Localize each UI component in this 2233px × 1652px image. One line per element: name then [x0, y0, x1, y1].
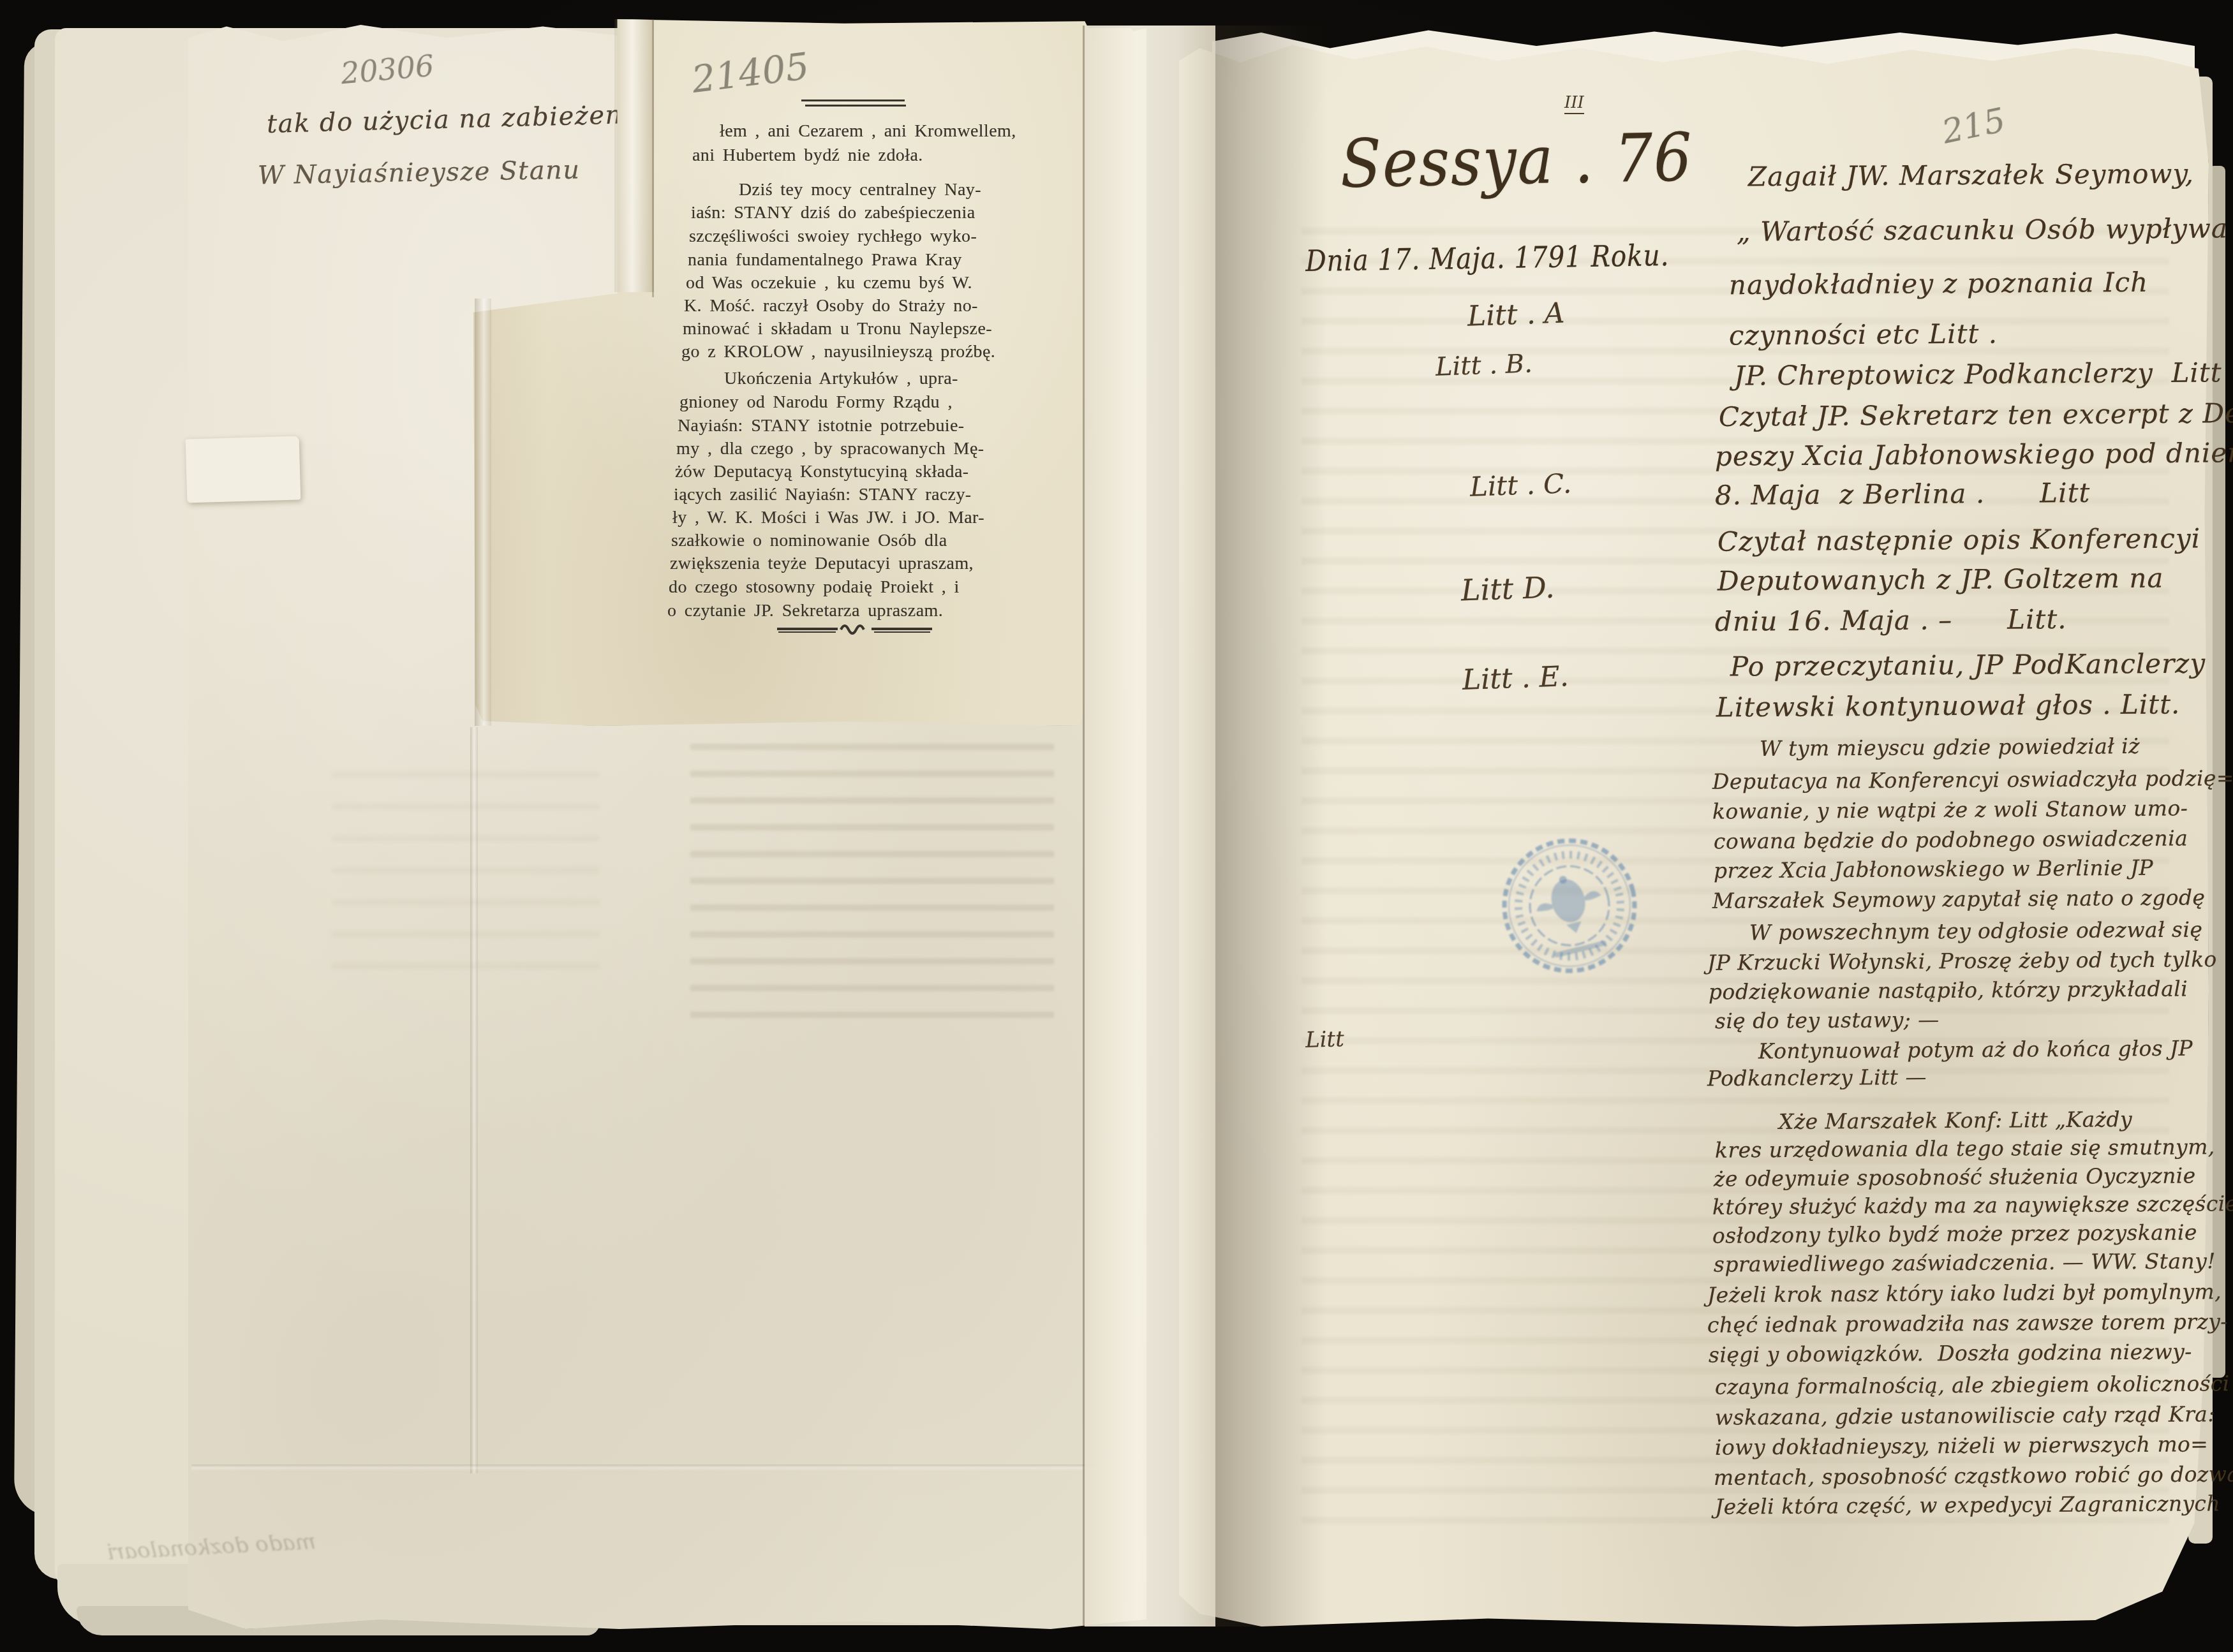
manuscript-line: Jeżeli krok nasz który iako ludzi był po…: [1707, 1279, 2222, 1308]
clipping-print-line: o czytanie JP. Sekretarza upraszam.: [667, 601, 943, 621]
manuscript-line: cowana będzie do podobnego oswiadczenia: [1714, 825, 2188, 853]
manuscript-line: kres urzędowania dla tego staie się smut…: [1715, 1134, 2215, 1162]
manuscript-line: się do tey ustawy; —: [1715, 1007, 1940, 1033]
clipping-print-line: iaśn: STANY dziś do zabeśpieczenia: [691, 203, 976, 223]
pencil-number: 20306: [339, 48, 435, 91]
clipping-print-line: Dziś tey mocy centralney Nay-: [739, 180, 981, 200]
left-handwritten-note: tak do użycia na zabieżenie,: [267, 100, 657, 139]
gutter-crease: [1083, 26, 1085, 1626]
manuscript-line: mentach, sposobność cząstkowo robić go d…: [1714, 1461, 2233, 1490]
manuscript-line: JP Krzucki Wołynski, Proszę żeby od tych…: [1707, 947, 2217, 975]
manuscript-line: Deputacya na Konferencyi oswiadczyła pod…: [1712, 765, 2233, 794]
clipping-print-line: Ukończenia Artykułów , upra-: [724, 369, 958, 389]
clipping-print-line: K. Mość. raczył Osoby do Straży no-: [684, 296, 978, 316]
left-page-edge-strip: [34, 29, 194, 1579]
manuscript-line: że odeymuie sposobność służenia Oyczyzni…: [1714, 1163, 2196, 1191]
manuscript-line: Czytał następnie opis Konferencyi: [1717, 522, 2200, 557]
manuscript-line: czynności etc Litt .: [1729, 318, 1998, 351]
manuscript-line: chęć iednak prowadziła nas zawsze torem …: [1707, 1309, 2228, 1338]
clipping-print-line: szczęśliwości swoiey rychłego wyko-: [689, 226, 977, 247]
left-under-sheet: [55, 28, 1133, 1588]
right-under-sheet-edge: [1212, 28, 2195, 73]
manuscript-line: Deputowanych z JP. Goltzem na: [1717, 563, 2164, 597]
left-bottom-sheet: [77, 1606, 600, 1635]
left-page-edge-strip: [14, 42, 71, 1516]
show-through-print: [332, 759, 600, 989]
clipping-print-line: iących zasilić Nayiaśn: STANY raczy-: [674, 485, 972, 505]
manuscript-line: 8. Maja z Berlina . Litt: [1715, 477, 2091, 511]
paper-crease: [470, 727, 478, 1473]
manuscript-line: którey służyć każdy ma za naywiększe szc…: [1712, 1191, 2233, 1220]
clipping-print-line: od Was oczekuie , ku czemu byś W.: [686, 273, 972, 293]
page-number: 215: [1939, 101, 2009, 151]
manuscript-line: osłodzony tylko bydź może przez pozyskan…: [1712, 1220, 2197, 1248]
manuscript-line: Zagaił JW. Marszałek Seymowy,: [1748, 158, 2194, 193]
margin-label-litt: Litt . E.: [1462, 660, 1569, 697]
clipping-print-line: zwiększenia teyże Deputacyi upraszam,: [670, 554, 974, 574]
margin-label-litt: Litt: [1305, 1026, 1344, 1053]
manuscript-line: podziękowanie nastąpiło, którzy przykład…: [1709, 976, 2188, 1004]
manuscript-line: kowanie, y nie wątpi że z woli Stanow um…: [1712, 795, 2188, 823]
manuscript-line: dniu 16. Maja . – Litt.: [1715, 603, 2067, 637]
header-rule: [805, 105, 906, 107]
header-rule: [801, 100, 905, 101]
clipping-print-line: szałkowie o nominowanie Osób dla: [671, 531, 947, 551]
manuscript-line: „ Wartość szacunku Osób wypływa: [1737, 212, 2228, 247]
paper-fold: [614, 19, 654, 292]
show-through-note: mado dozkonaloari: [143, 1529, 316, 1563]
left-page: [188, 22, 1146, 1629]
manuscript-line: wskazana, gdzie ustanowiliscie cały rząd…: [1715, 1401, 2215, 1429]
margin-label-litt: Litt . C.: [1469, 468, 1572, 503]
manuscript-line: czayna formalnością, ale zbiegiem okolic…: [1715, 1371, 2230, 1399]
clipping-print-line: łem , ani Cezarem , ani Kromwellem,: [720, 121, 1016, 142]
manuscript-line: naydokładniey z poznania Ich: [1729, 267, 2149, 301]
clipping-print-line: Nayiaśn: STANY istotnie potrzebuie-: [678, 416, 965, 436]
manuscript-line: iowy dokładnieyszy, niżeli w pierwszych …: [1715, 1431, 2209, 1459]
manuscript-line: Xże Marszałek Konf: Litt „Każdy: [1779, 1107, 2132, 1134]
clipping-print-line: nania fundamentalnego Prawa Kray: [688, 250, 962, 270]
left-bottom-sheet: [57, 1564, 1078, 1625]
paper-slip: [186, 436, 301, 503]
manuscript-line: Podkanclerzy Litt —: [1707, 1065, 1927, 1091]
section-mark: III: [1564, 93, 1584, 114]
margin-label-litt: Litt . A: [1467, 297, 1565, 332]
session-date: Dnia 17. Maja. 1791 Roku.: [1305, 238, 1670, 278]
manuscript-line: JP. Chreptowicz Podkanclerzy Litt: [1734, 357, 2222, 391]
show-through-print: [690, 734, 1054, 1038]
clipping-print-line: go z KROLOW , nayusilnieyszą proźbę.: [681, 342, 995, 362]
manuscript-line: sięgi y obowiązków. Doszła godzina niezw…: [1709, 1339, 2192, 1367]
manuscript-line: W powszechnym tey odgłosie odezwał się: [1749, 917, 2203, 945]
manuscript-line: Po przeczytaniu, JP PodKanclerzy: [1730, 647, 2206, 682]
footer-ornament-rule: [777, 620, 933, 639]
clipping-print-line: minować i składam u Tronu Naylepsze-: [683, 319, 992, 339]
paper-fold-crease: [652, 19, 654, 297]
session-heading: Sessya . 76: [1340, 118, 1693, 203]
clipping-print-line: żów Deputacyą Konstytucyiną składa-: [675, 462, 969, 482]
clipping-print-line: ły , W. K. Mości i Was JW. i JO. Mar-: [672, 508, 984, 528]
pencil-number: 21405: [690, 44, 812, 101]
clipping-print-line: my , dla czego , by spracowanych Mę-: [676, 439, 984, 459]
manuscript-line: sprawiedliwego zaświadczenia. — WW. Stan…: [1714, 1248, 2216, 1276]
manuscript-line: peszy Xcia Jabłonowskiego pod dniem: [1715, 437, 2233, 472]
left-handwritten-note: W Nayiaśnieysze Stanu: [258, 156, 581, 191]
manuscript-line: W tym mieyscu gdzie powiedział iż: [1760, 734, 2140, 761]
manuscript-line: Kontynuował potym aż do końca głos JP: [1758, 1036, 2193, 1064]
manuscript-scan: tak do użycia na zabieżenie, W Nayiaśnie…: [0, 0, 2233, 1652]
paper-fold: [475, 299, 491, 726]
manuscript-line: Litewski kontynuował głos . Litt.: [1716, 688, 2181, 723]
round-ink-stamp: [1483, 819, 1656, 992]
manuscript-line: Czytał JP. Sekretarz ten excerpt z De:: [1719, 397, 2233, 432]
clipping-print-line: do czego stosowny podaię Proiekt , i: [669, 577, 960, 598]
margin-label-litt: Litt . B.: [1435, 349, 1532, 381]
manuscript-line: Jeżeli która część, w expedycyi Zagranic…: [1715, 1491, 2220, 1519]
paper-crease: [191, 1464, 1097, 1471]
gutter-interleaf: [1085, 26, 1215, 1626]
clipping-print-line: ani Hubertem bydź nie zdoła.: [692, 145, 923, 166]
clipping-print-line: gnioney od Narodu Formy Rządu ,: [679, 392, 953, 413]
margin-label-litt: Litt D.: [1460, 570, 1555, 607]
manuscript-line: Marszałek Seymowy zapytał się nato o zgo…: [1712, 885, 2206, 913]
manuscript-line: przez Xcia Jabłonowskiego w Berlinie JP: [1714, 855, 2153, 883]
